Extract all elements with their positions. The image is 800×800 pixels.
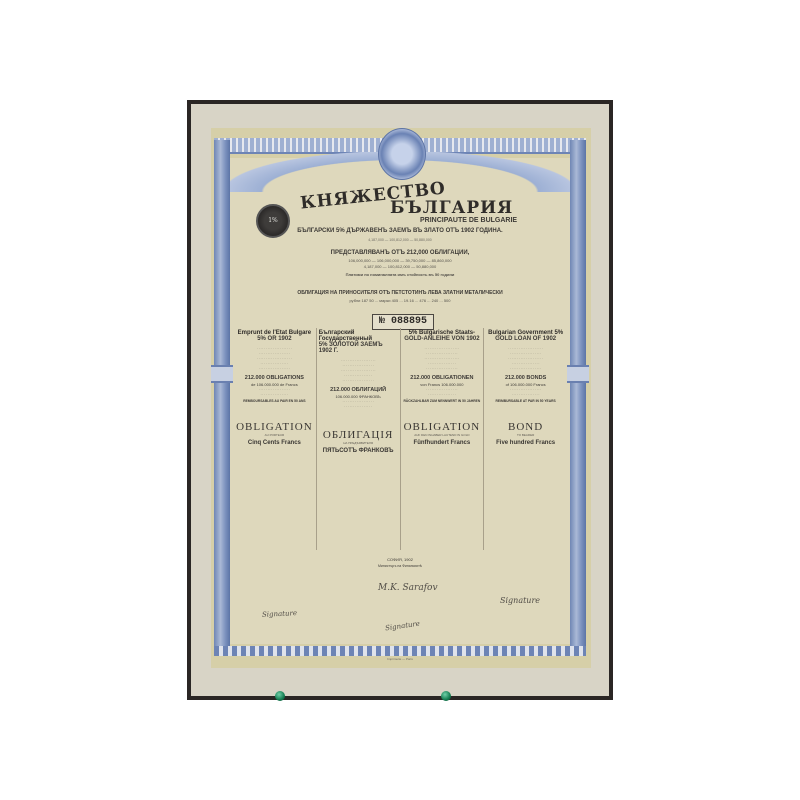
bond-count: 212.000 ОБЛИГАЦИЙ <box>330 387 386 393</box>
printer-imprint: Imprimerie — Paris <box>280 657 520 661</box>
bearer-label: TO BEARER <box>517 433 534 437</box>
column-french: Emprunt de l'Etat Bulgare 5% OR 1902 . .… <box>233 328 316 550</box>
coat-of-arms-icon <box>378 128 426 180</box>
repayable-note: Платими по номиналната имъ стойность въ … <box>235 272 565 277</box>
mounting-pin-right <box>441 691 451 701</box>
face-value: Cinq Cents Francs <box>248 440 301 446</box>
instrument-title: BOND <box>508 421 543 433</box>
loan-title: БЪЛГАРСКИ 5% ДЪРЖАВЕНЪ ЗАЕМЪ ВЪ ЗЛАТО ОТ… <box>250 228 550 234</box>
bond-count: 212.000 BONDS <box>505 375 546 381</box>
column-english: Bulgarian Government 5% GOLD LOAN OF 190… <box>483 328 567 550</box>
signature-right: Signature <box>500 596 540 605</box>
column-subheading: 5% ЗОЛОТОЙ ЗАЕМЪ 1902 Г. <box>319 342 398 354</box>
instrument-title: ОБЛИГАЦІЯ <box>323 429 393 441</box>
face-value: Five hundred Francs <box>496 440 555 446</box>
column-subheading: GOLD LOAN OF 1902 <box>495 336 556 342</box>
bond-count: 212.000 OBLIGATIONS <box>245 375 304 381</box>
column-heading: Българский Государственный <box>319 330 398 342</box>
right-pillar <box>570 140 586 648</box>
signature-minister: M.K. Sarafov <box>378 583 438 593</box>
represented-by: ПРЕДСТАВЛЯВАНЪ ОТЪ 212,000 ОБЛИГАЦИИ, <box>250 250 550 256</box>
ministry-label: Министъръ на Финансиитѣ <box>340 564 460 568</box>
amounts-line-1: 106,000,000 — 106,000,000 — 39,750,000 —… <box>235 258 565 263</box>
bearer-label: AUF DEN INHABER LAUTEND IN GOLD <box>414 433 469 437</box>
face-value: Fünfhundert Francs <box>414 440 471 446</box>
instrument-title: OBLIGATION <box>236 421 313 433</box>
left-pillar <box>214 140 230 648</box>
redemption-terms: RÜCKZAHLBAR ZUM NENNWERT IN 50 JAHREN <box>404 399 481 403</box>
column-subheading: 5% OR 1902 <box>257 336 291 342</box>
column-german: 5% Bulgarische Staats- GOLD-ANLEIHE VON … <box>400 328 484 550</box>
obligation-heading: ОБЛИГАЦИЯ НА ПРИНОСИТЕЛЯ ОТЪ ПЕТСТОТИНЪ … <box>250 290 550 296</box>
bearer-label: AU PORTEUR <box>265 433 285 437</box>
redemption-terms: REIMBURSABLE AT PAR IN 50 YEARS <box>496 399 556 403</box>
column-russian: Българский Государственный 5% ЗОЛОТОЙ ЗА… <box>316 328 400 550</box>
redemption-terms: REMBOURSABLES AU PAIR EN 50 ANS <box>243 399 305 403</box>
subtitle-french: PRINCIPAUTE DE BULGARIE <box>420 217 517 224</box>
bottom-ornament-band <box>214 646 586 656</box>
face-value: ПЯТЬСОТЪ ФРАНКОВЪ <box>323 448 394 454</box>
title-line-2: БЪЛГАРИЯ <box>390 198 513 218</box>
mounting-pin-left <box>275 691 285 701</box>
column-subheading: GOLD-ANLEIHE VON 1902 <box>404 336 479 342</box>
bond-count: 212.000 OBLIGATIONEN <box>410 375 473 381</box>
instrument-title: OBLIGATION <box>404 421 481 433</box>
language-columns: Emprunt de l'Etat Bulgare 5% OR 1902 . .… <box>233 328 567 550</box>
fine-print: 4,187,000 — 100,812,000 — 50,880,000 <box>250 238 550 242</box>
amounts-line-2: 4,187,000 — 100,812,000 — 50,880,000 <box>235 264 565 269</box>
bearer-label: НА ПРЕДЪЯВИТЕЛЯ <box>343 441 373 445</box>
obligation-subline: рубли 187 50 ... марки 405 ... 19.16 ...… <box>235 298 565 303</box>
place-date: СОФИЯ, 1902 <box>350 557 450 562</box>
